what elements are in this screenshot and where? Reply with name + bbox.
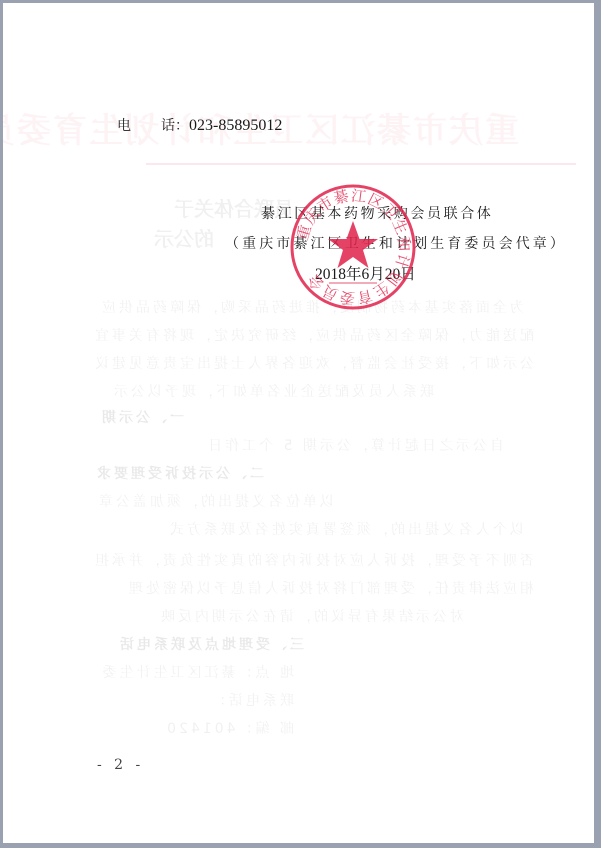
signature-date: 2018年6月20日 <box>315 262 416 284</box>
bleed-address: 地 点：綦江区卫生计生委 <box>100 662 294 682</box>
bleed-red-rule <box>146 163 576 165</box>
bleed-heading-1: 一、公示期 <box>99 407 184 427</box>
reverse-side-bleed-through: 重庆市綦江区卫生和计划生育委员会 员联合体关于 的公示 为全面落实基本药物制度，… <box>3 3 594 843</box>
phone-number: 023-85895012 <box>189 117 282 134</box>
phone-label-part-1: 电 <box>117 118 131 134</box>
bleed-postcode: 邮 编：401420 <box>164 718 294 738</box>
phone-label-part-2: 话： <box>161 118 189 134</box>
signature-organization: 綦江区基本药物采购会员联合体 <box>261 203 493 223</box>
bleed-subtitle-2: 的公示 <box>154 223 214 252</box>
bleed-heading-2: 二、公示投诉受理要求 <box>94 463 264 483</box>
contact-phone-line: 电话：023-85895012 <box>117 115 282 135</box>
document-page: 重庆市綦江区卫生和计划生育委员会 员联合体关于 的公示 为全面落实基本药物制度，… <box>3 3 594 843</box>
page-number: - 2 - <box>97 757 144 773</box>
signature-proxy-seal-note: （重庆市綦江区卫生和计划生育委员会代章） <box>225 233 567 253</box>
bleed-heading-3: 三、受理地点及联系电话 <box>117 634 304 654</box>
bleed-phone: 联系电话： <box>209 690 294 710</box>
